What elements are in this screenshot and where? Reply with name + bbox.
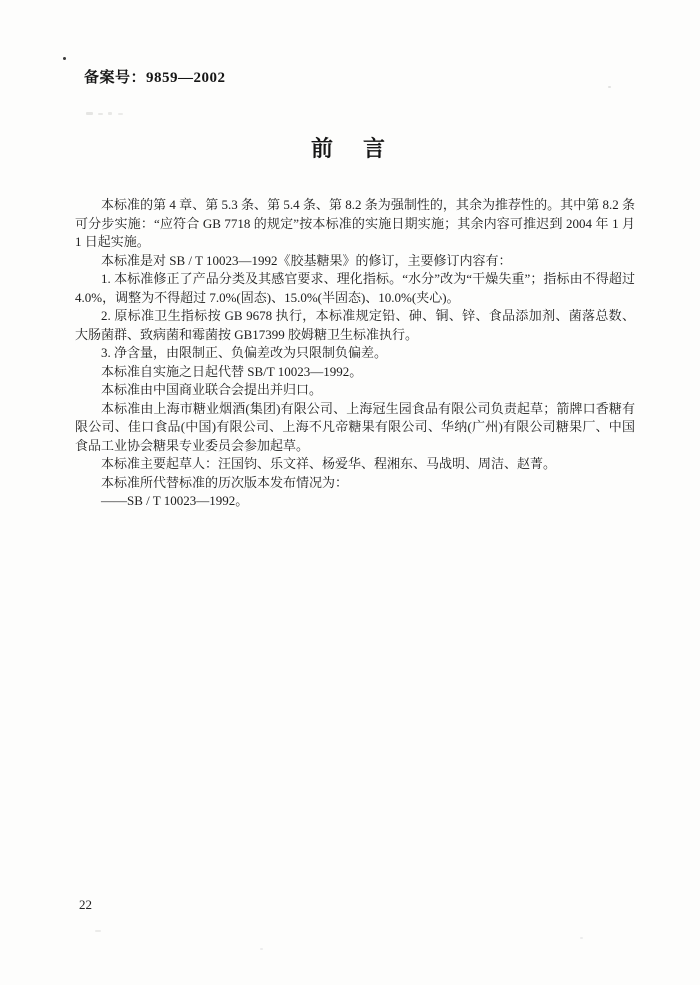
paragraph: 本标准的第 4 章、第 5.3 条、第 5.4 条、第 8.2 条为强制性的，其… — [75, 196, 635, 252]
scan-speck — [580, 937, 583, 939]
scan-speck — [98, 113, 103, 115]
scan-speck — [108, 112, 112, 115]
paragraph: 2. 原标准卫生指标按 GB 9678 执行，本标准规定铅、砷、铜、锌、食品添加… — [75, 307, 635, 344]
page-number: 22 — [79, 897, 92, 913]
paragraph: 本标准所代替标准的历次版本发布情况为： — [75, 474, 635, 493]
scan-speck — [260, 948, 263, 950]
paragraph: 1. 本标准修正了产品分类及其感官要求、理化指标。“水分”改为“干燥失重”；指标… — [75, 270, 635, 307]
scan-speck — [118, 113, 123, 115]
scan-speck — [95, 930, 101, 932]
paragraph: 本标准自实施之日起代替 SB/T 10023—1992。 — [75, 363, 635, 382]
foreword-body: 本标准的第 4 章、第 5.3 条、第 5.4 条、第 8.2 条为强制性的，其… — [75, 196, 635, 511]
paragraph: ——SB / T 10023—1992。 — [75, 492, 635, 511]
paragraph: 本标准是对 SB / T 10023—1992《胶基糖果》的修订，主要修订内容有… — [75, 252, 635, 271]
paragraph: 本标准由上海市糖业烟酒(集团)有限公司、上海冠生园食品有限公司负责起草；箭牌口香… — [75, 400, 635, 456]
scan-speck — [608, 86, 611, 88]
paragraph: 本标准由中国商业联合会提出并归口。 — [75, 381, 635, 400]
record-number: 备案号：9859—2002 — [84, 66, 226, 87]
scanned-document-page: 备案号：9859—2002 前 言 本标准的第 4 章、第 5.3 条、第 5.… — [0, 0, 700, 985]
scan-speck — [86, 112, 93, 115]
scan-speck — [63, 57, 66, 60]
paragraph: 3. 净含量，由限制正、负偏差改为只限制负偏差。 — [75, 344, 635, 363]
page-title: 前 言 — [0, 132, 700, 163]
paragraph: 本标准主要起草人：汪国钧、乐文祥、杨爱华、程湘东、马战明、周洁、赵菁。 — [75, 455, 635, 474]
